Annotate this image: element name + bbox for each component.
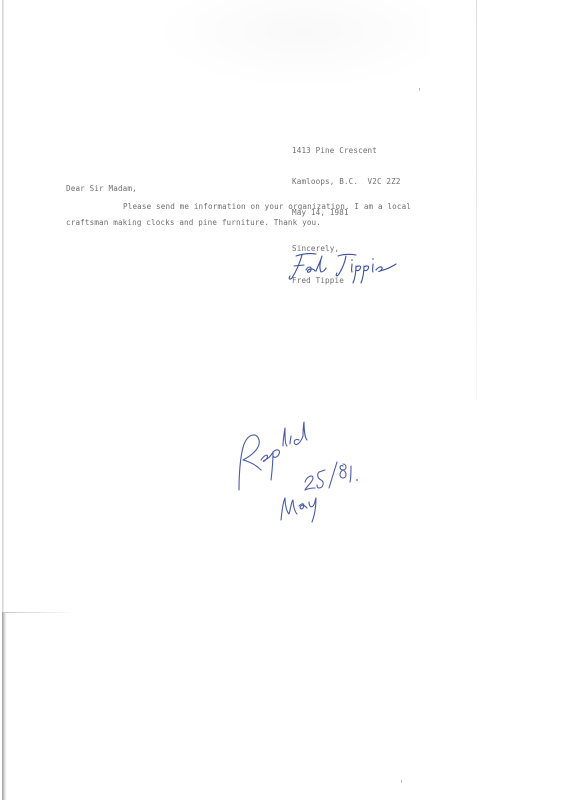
typed-name: Fred Tippie: [292, 277, 344, 285]
body-line-2: craftsman making clocks and pine furnitu…: [66, 219, 321, 227]
scan-edge-right: [476, 0, 477, 400]
letter-page: 1413 Pine Crescent Kamloops, B.C. V2C 2Z…: [0, 0, 565, 800]
salutation: Dear Sir Madam,: [66, 185, 137, 193]
address-city: Kamloops, B.C. V2C 2Z2: [292, 178, 401, 194]
scan-speck: [401, 780, 402, 783]
address-street: 1413 Pine Crescent: [292, 147, 401, 163]
scan-edge-fold: [4, 612, 74, 613]
scan-edge-left: [2, 0, 4, 612]
scan-speck: [419, 88, 420, 91]
handwritten-reply-annotation: [225, 410, 375, 530]
body-line-1: Please send me information on your organ…: [123, 203, 411, 211]
bleed-through-mark: [150, 0, 430, 90]
scan-edge-left-lower: [2, 612, 6, 800]
